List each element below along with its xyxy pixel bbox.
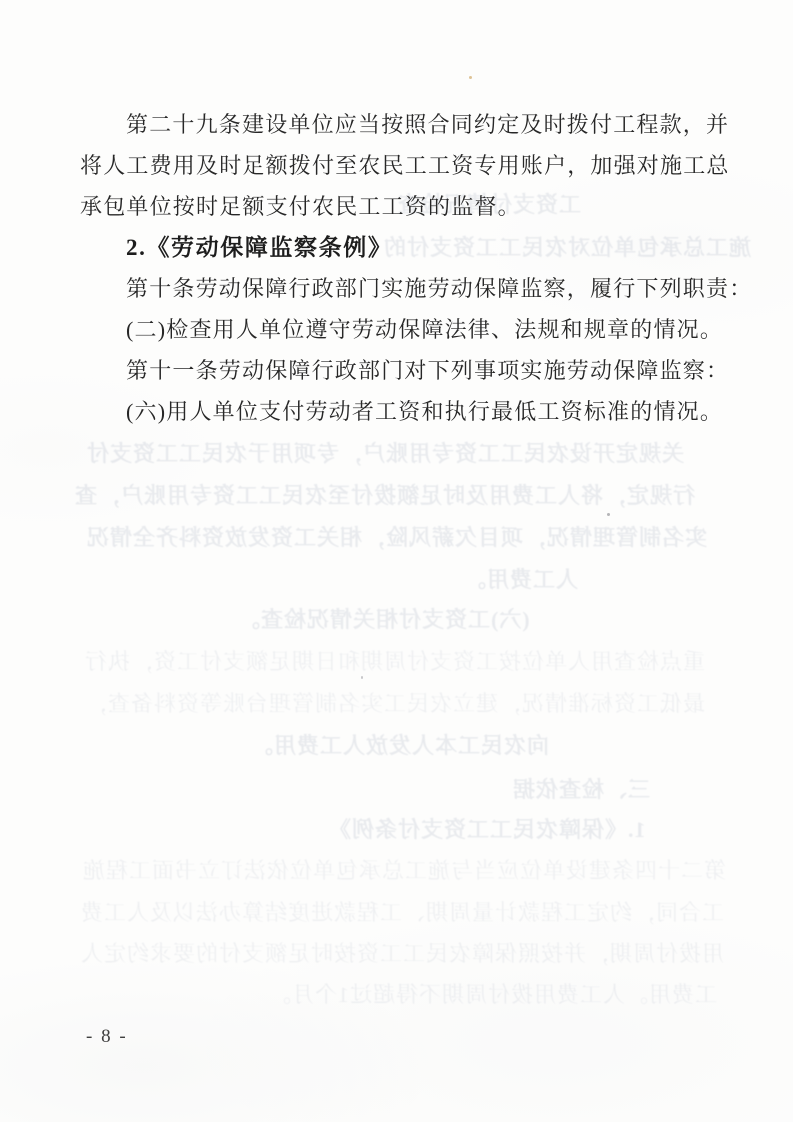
bleedthrough-line: 用拨付周期，并按照保障农民工工资按时足额支付的要求约定人: [80, 940, 724, 967]
body-text: 第二十九条建设单位应当按照合同约定及时拨付工程款，并 将人工费用及时足额拨付至农…: [80, 104, 744, 432]
bleedthrough-line: 工合同，约定工程款计量周期、工程款进度结算办法以及人工费: [80, 899, 724, 926]
bleedthrough-line: 人工费用。: [463, 566, 578, 593]
bleedthrough-line: 实名制管理情况，项目欠薪风险，相关工资发放资料齐全情况: [86, 524, 707, 551]
paper-speck: [361, 676, 363, 679]
text-line: (二)检查用人单位遵守劳动保障法律、法规和规章的情况。: [80, 309, 744, 350]
section-title-line: 2.《劳动保障监察条例》: [80, 227, 744, 268]
text-line: 第二十九条建设单位应当按照合同约定及时拨付工程款，并: [80, 104, 744, 145]
paper-speck: [607, 513, 610, 516]
bleedthrough-line: 重点检查用人单位按工资支付周期和日期足额支付工资，执行: [84, 648, 705, 675]
bleedthrough-line: 关规定开设农民工工资专用账户，专项用于农民工工资支付: [86, 440, 684, 467]
text-line: 将人工费用及时足额拨付至农民工工资专用账户，加强对施工总: [80, 145, 744, 186]
paper-speck: [469, 76, 472, 79]
page-number: - 8 -: [86, 1026, 128, 1048]
bleedthrough-line: 最低工资标准情况，建立农民工实名制管理台账等资料备查，: [84, 690, 705, 717]
bleedthrough-line: 行规定，将人工费用及时足额拨付至农民工工资专用账户，查: [74, 482, 695, 509]
text-line: 承包单位按时足额支付农民工工资的监督。: [80, 186, 744, 227]
text-line: (六)用人单位支付劳动者工资和执行最低工资标准的情况。: [80, 391, 744, 432]
scanned-document-page: { "doc": { "lines": [ {"text": "第二十九条建设单…: [0, 0, 793, 1122]
bleedthrough-line: 第二十四条建设单位应当与施工总承包单位依法订立书面工程施: [82, 857, 726, 884]
bleedthrough-line: 三、检查依据: [512, 776, 650, 803]
bleedthrough-line: 工费用。人工费用拨付周期不得超过1个月。: [268, 981, 717, 1008]
bleedthrough-line: (六)工资支付相关情况检查。: [237, 606, 530, 633]
text-line: 第十条劳动保障行政部门实施劳动保障监察，履行下列职责：: [80, 268, 744, 309]
bleedthrough-line: 向农民工本人发放人工费用。: [250, 732, 549, 759]
text-line: 第十一条劳动保障行政部门对下列事项实施劳动保障监察：: [80, 350, 744, 391]
bleedthrough-line: 1.《保障农民工工资支付条例》: [328, 816, 646, 843]
